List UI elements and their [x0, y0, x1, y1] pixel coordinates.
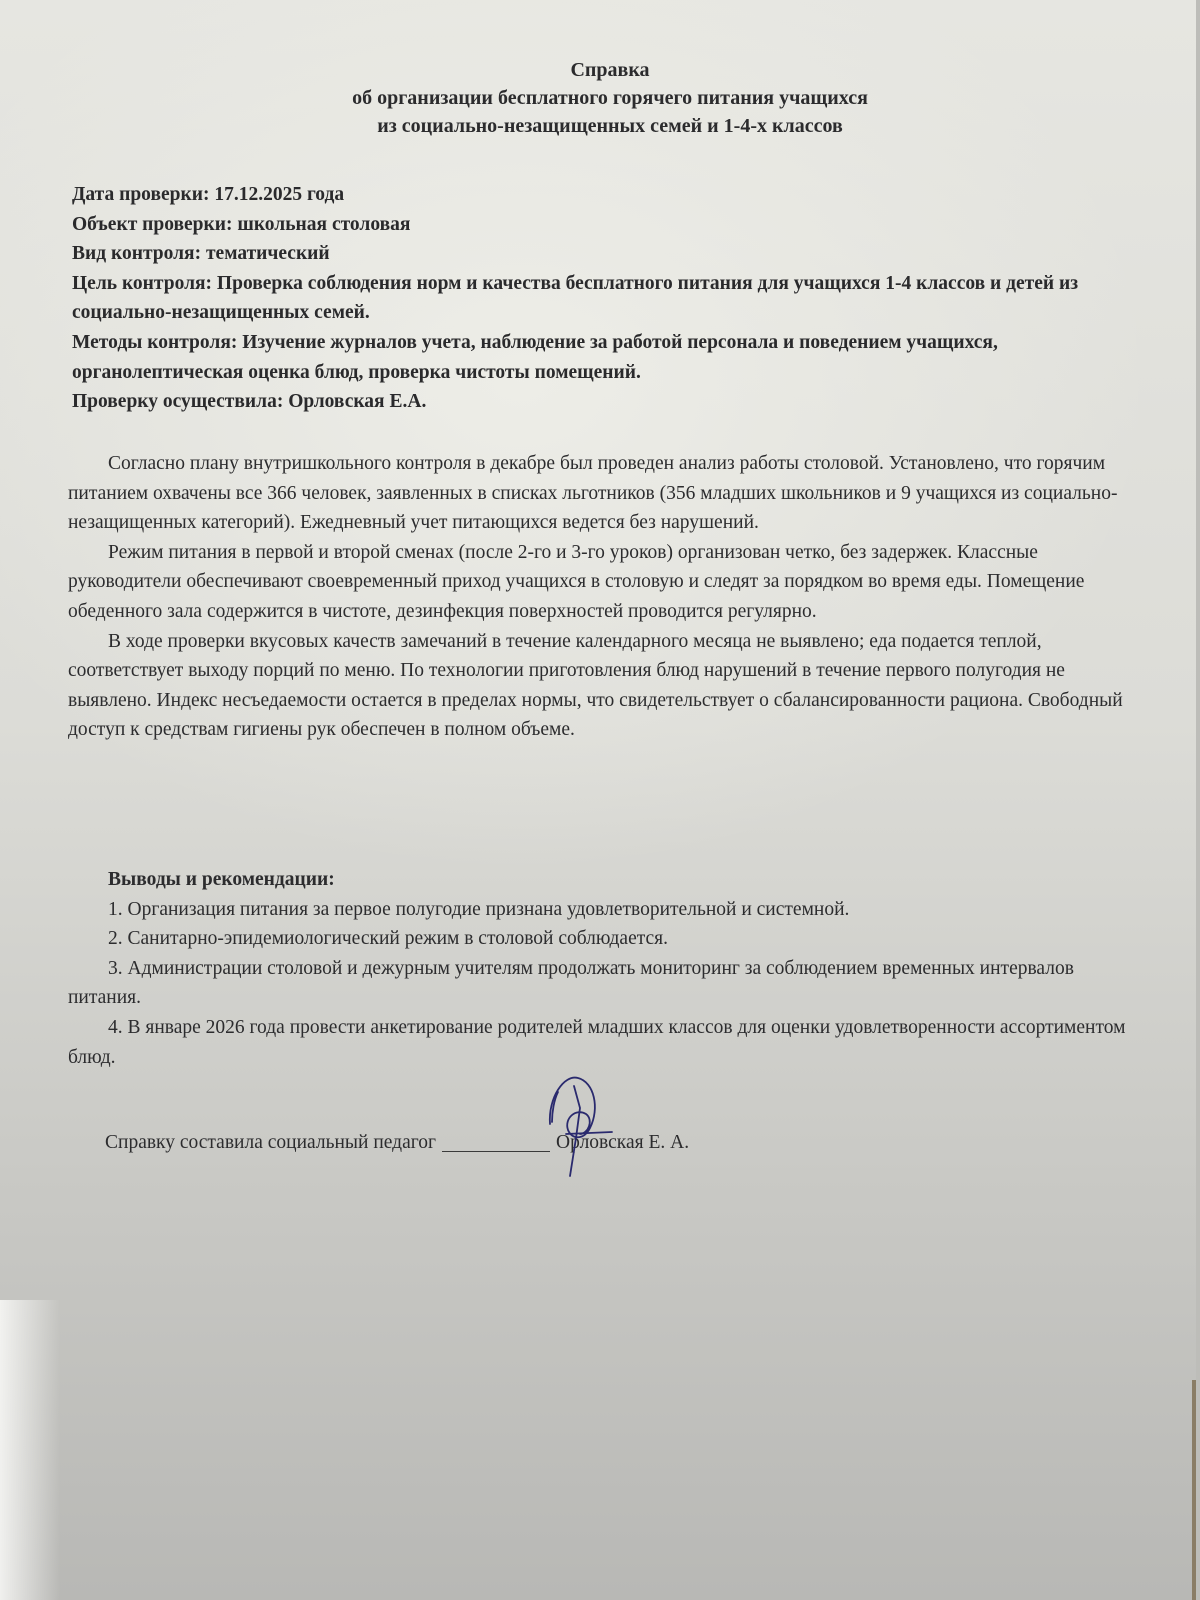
paragraph-coverage: Согласно плану внутришкольного контроля … [68, 449, 1148, 538]
document-subtitle-line1: об организации бесплатного горячего пита… [20, 84, 1200, 112]
handwritten-signature-icon [536, 1068, 626, 1178]
control-methods: Методы контроля: Изучение журналов учета… [72, 328, 1152, 387]
conclusions-heading: Выводы и рекомендации: [68, 865, 1148, 895]
inspection-date: Дата проверки: 17.12.2025 года [72, 180, 1152, 210]
inspector: Проверку осуществила: Орловская Е.А. [72, 387, 1152, 417]
document-subtitle-line2: из социально-незащищенных семей и 1-4-х … [20, 112, 1200, 140]
paragraph-quality: В ходе проверки вкусовых качеств замечан… [68, 627, 1148, 745]
conclusion-item: 4. В январе 2026 года провести анкетиров… [68, 1013, 1148, 1072]
report-body: Согласно плану внутришкольного контроля … [68, 449, 1148, 745]
conclusion-item: 1. Организация питания за первое полугод… [68, 895, 1148, 925]
signature-blank-line [442, 1131, 550, 1152]
document-title: Справка [20, 56, 1200, 84]
signature-prefix: Справку составила социальный педагог [105, 1132, 436, 1153]
conclusion-item: 3. Администрации столовой и дежурным учи… [68, 954, 1148, 1013]
paragraph-schedule: Режим питания в первой и второй сменах (… [68, 538, 1148, 627]
control-goal: Цель контроля: Проверка соблюдения норм … [72, 269, 1152, 328]
inspection-object: Объект проверки: школьная столовая [72, 210, 1152, 240]
control-type: Вид контроля: тематический [72, 239, 1152, 269]
conclusions-section: Выводы и рекомендации: 1. Организация пи… [68, 865, 1148, 1072]
conclusion-item: 2. Санитарно-эпидемиологический режим в … [68, 924, 1148, 954]
paper-sheet: Справка об организации бесплатного горяч… [0, 0, 1196, 1600]
document-header: Справка об организации бесплатного горяч… [0, 56, 1200, 140]
table-edge [1192, 1380, 1196, 1600]
inspection-details: Дата проверки: 17.12.2025 года Объект пр… [72, 180, 1152, 417]
